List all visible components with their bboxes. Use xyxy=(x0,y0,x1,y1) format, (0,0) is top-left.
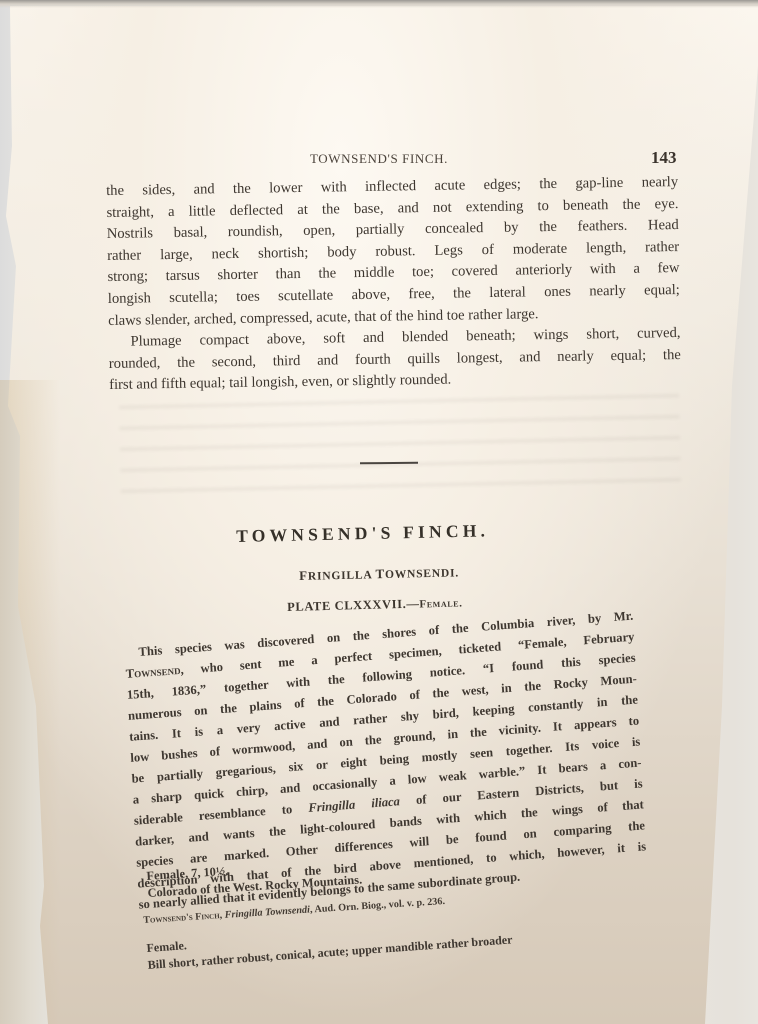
female-description: Female. Bill short, rather robust, conic… xyxy=(146,914,513,973)
section-divider xyxy=(360,462,418,465)
plate-label: PLATE CLXXXVII.—Female. xyxy=(287,595,463,615)
latin-species: OWNSENDI. xyxy=(385,567,459,581)
article-title: TOWNSEND'S FINCH. xyxy=(236,520,489,547)
collector-name: Townsend xyxy=(125,663,181,681)
species-reference: Fringilla iliaca xyxy=(308,794,400,815)
latin-initial: T xyxy=(375,566,385,581)
latin-initial: F xyxy=(299,568,308,583)
running-head: TOWNSEND'S FINCH. xyxy=(310,151,448,167)
plate-number: PLATE CLXXXVII.— xyxy=(287,597,420,614)
latin-genus: RINGILLA xyxy=(308,569,372,582)
page-number: 143 xyxy=(651,148,677,168)
page-content: TOWNSEND'S FINCH. 143 the sides, and the… xyxy=(0,0,758,1024)
latin-name: FRINGILLA TOWNSENDI. xyxy=(299,564,459,584)
plate-sex: Female. xyxy=(419,597,462,610)
continued-description: the sides, and the lower with inflected … xyxy=(106,172,681,397)
